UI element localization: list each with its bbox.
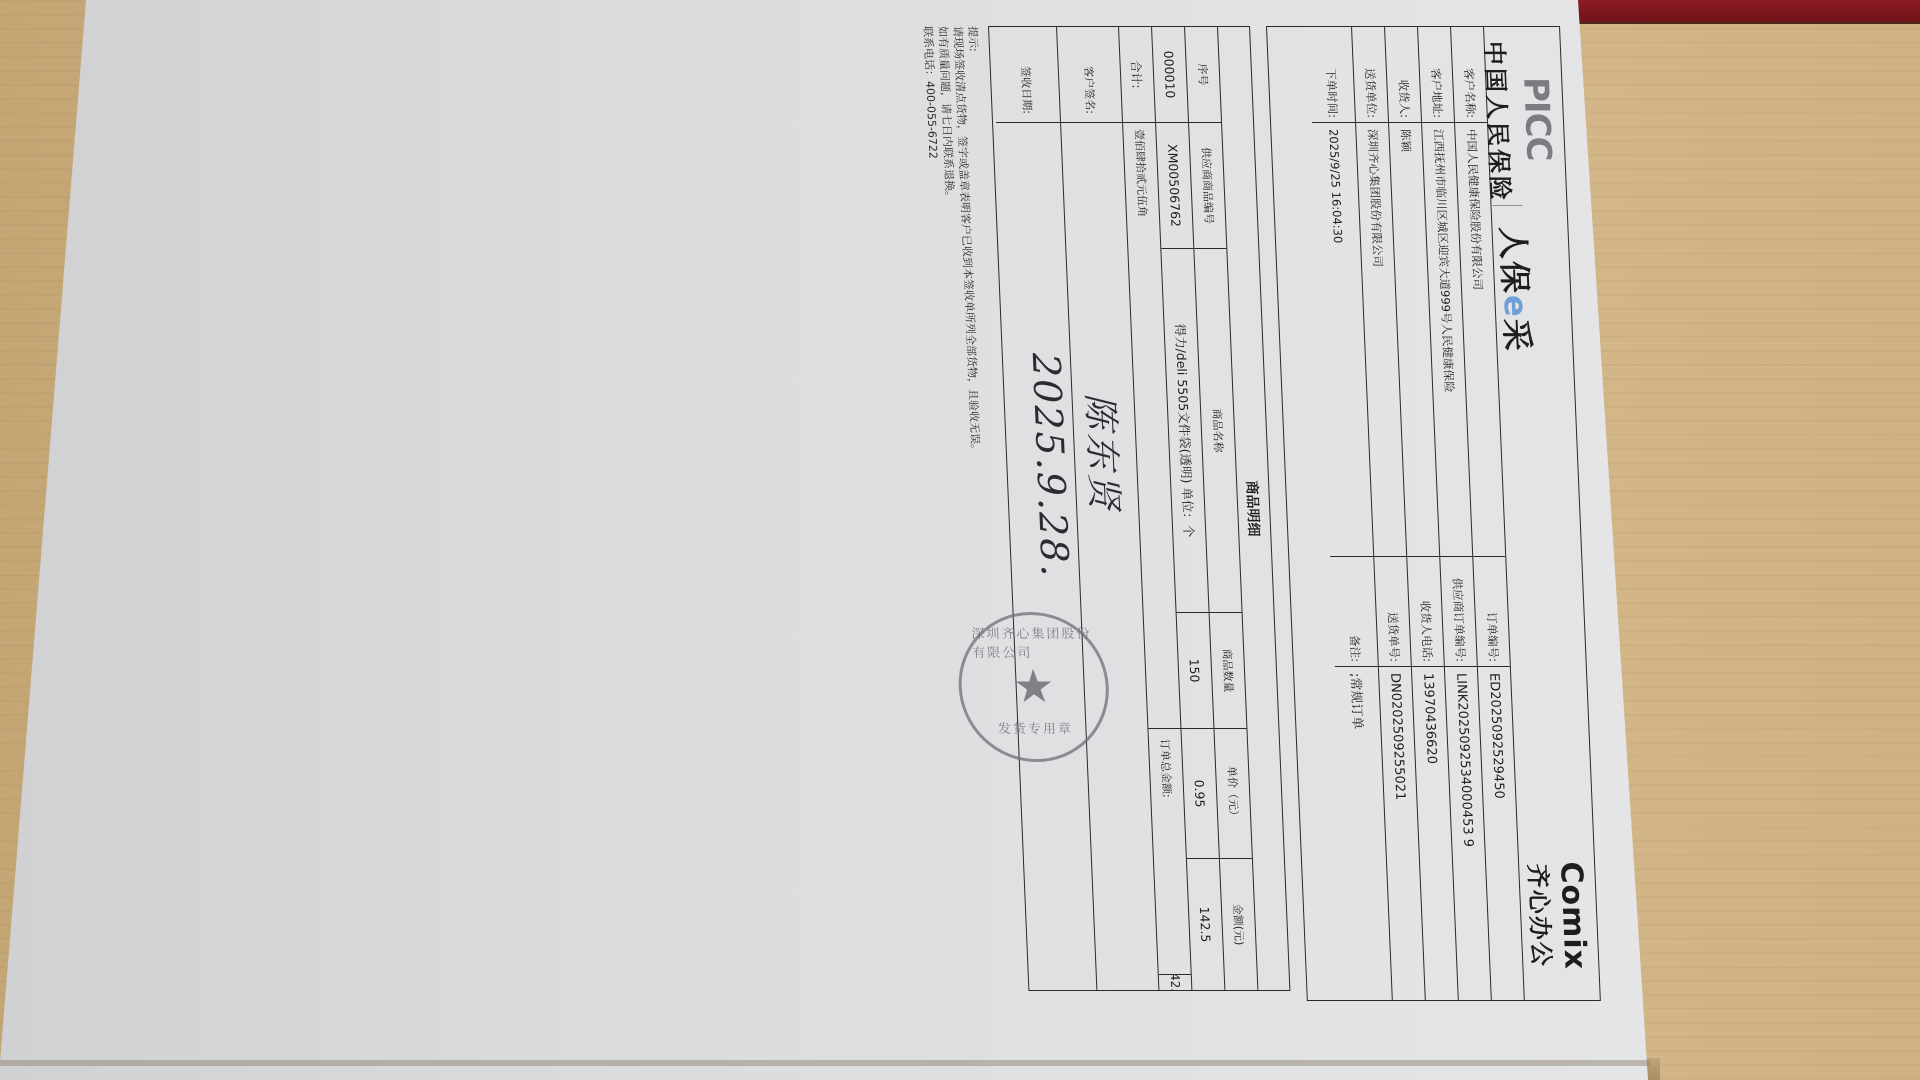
picc-logo-icon: PICC [1515, 77, 1558, 160]
item-seq: 000010 [1152, 27, 1188, 123]
item-code: XM00506762 [1156, 123, 1193, 249]
delivery-receipt: PICC 中国人民保险 人保e采 Comix 齐心办公 客户名称: 中国人民健康… [980, 26, 1601, 1001]
logo-separator [1493, 205, 1523, 206]
remarks-label: 备注: [1330, 557, 1378, 667]
delivery-number-label: 送货单号: [1374, 557, 1411, 667]
customer-sign-label: 客户签名: [1057, 27, 1122, 123]
consignee-label: 收货人: [1385, 27, 1421, 123]
handwritten-signature: 陈东贤 [1076, 393, 1132, 513]
customer-name-label: 客户名称: [1451, 27, 1487, 123]
item-amount: 142.5 [1187, 859, 1224, 990]
item-unit-price: 0.95 [1181, 729, 1218, 859]
renbao-ecai-logo: 人保e采 [1491, 227, 1542, 353]
order-number-label: 订单编号: [1473, 557, 1510, 667]
ecai-suffix: 采 [1497, 319, 1536, 353]
total-label: 合计: [1119, 27, 1155, 123]
items-table: 商品明细 序号 供应商商品编号 商品名称 商品数量 单价（元） 金额(元) 00… [988, 26, 1290, 991]
sign-date-label: 签收日期: [992, 27, 1060, 123]
supplier-order-number-label: 供应商订单编号: [1440, 557, 1477, 667]
receipt-header-block: PICC 中国人民保险 人保e采 Comix 齐心办公 客户名称: 中国人民健康… [1266, 26, 1601, 1001]
star-icon: ★ [1012, 659, 1056, 713]
delivery-company-label: 送货单位: [1352, 27, 1388, 123]
order-time-label: 下单时间: [1308, 27, 1355, 123]
handwritten-sign-date: 2025.9.28. [1024, 353, 1077, 578]
paper-shadow [0, 1060, 1650, 1066]
col-amount-header: 金额(元) [1220, 859, 1257, 990]
ecai-e-icon: e [1496, 295, 1535, 319]
ecai-prefix: 人保 [1493, 227, 1534, 295]
item-qty: 150 [1177, 613, 1214, 729]
col-price-header: 单价（元） [1214, 729, 1251, 859]
consignee-phone-label: 收货人电话: [1407, 557, 1444, 667]
comix-logo: Comix 齐心办公 [1522, 861, 1593, 970]
items-grid: 序号 供应商商品编号 商品名称 商品数量 单价（元） 金额(元) 000010 … [992, 27, 1257, 990]
customer-address-label: 客户地址: [1418, 27, 1454, 123]
col-qty-header: 商品数量 [1210, 613, 1247, 729]
col-code-header: 供应商商品编号 [1189, 123, 1226, 249]
order-total-value: 142.5 [1159, 975, 1192, 990]
col-seq-header: 序号 [1185, 27, 1221, 123]
red-folder-edge [1575, 0, 1920, 24]
comix-company-name: 齐心办公 [1522, 861, 1562, 970]
